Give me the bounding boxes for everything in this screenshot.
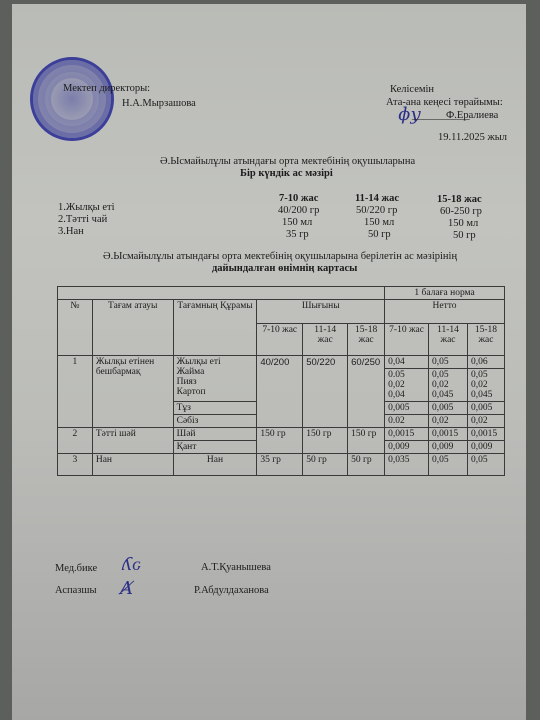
header-blank (58, 287, 385, 300)
row-usage: 60/250 (348, 356, 385, 428)
menu-item-name: 1.Жылқы еті (58, 202, 115, 213)
row-ingredient: Тұз (173, 402, 257, 415)
row-dish: Тәтті шәй (92, 428, 173, 454)
netto-cell: 0,009 (385, 441, 429, 454)
row-no: 1 (58, 356, 93, 428)
netto-cell: 0,06 (467, 356, 504, 369)
header-norm: 1 балаға норма (385, 287, 505, 300)
netto-cell: 0,009 (429, 441, 468, 454)
header-netto-age: 11-14 жас (429, 324, 468, 356)
signature-name: А.Т.Қуанышева (201, 562, 271, 573)
menu-title-line2: Бір күндік ас мәзірі (240, 168, 333, 179)
row-usage: 35 гр (257, 454, 303, 476)
menu-item-value: 150 мл (448, 218, 478, 229)
signature-name: Р.Абдулдаханова (194, 585, 269, 596)
menu-item-value: 150 мл (282, 217, 312, 228)
director-name: Н.А.Мырзашова (122, 98, 196, 109)
row-ingredients: Жылқы еті Жайма Пияз Картоп (173, 356, 257, 402)
menu-item-value: 35 гр (286, 229, 309, 240)
agree-label: Келісемін (390, 84, 434, 95)
signature-cook: Ⱥ (120, 578, 133, 599)
netto-cell: 0,0015 (467, 428, 504, 441)
netto-cell: 0,005 (429, 402, 468, 415)
row-no: 3 (58, 454, 93, 476)
header-usage-age: 11-14 жас (303, 324, 348, 356)
agree-name: Ф.Ералиева (446, 110, 498, 121)
row-ingredient: Нан (173, 454, 257, 476)
header-netto-age: 7-10 жас (385, 324, 429, 356)
row-usage: 50 гр (348, 454, 385, 476)
card-title-line2: дайындалған өнімнің картасы (212, 263, 357, 274)
menu-item-name: 2.Тәтті чай (58, 214, 107, 225)
official-stamp (30, 57, 114, 141)
menu-age-header: 7-10 жас (279, 193, 318, 204)
netto-cell: 0,009 (467, 441, 504, 454)
row-ingredient: Шәй (173, 428, 257, 441)
menu-age-header: 15-18 жас (437, 194, 482, 205)
header-dish: Тағам атауы (92, 300, 173, 356)
menu-item-value: 60-250 гр (440, 206, 482, 217)
row-dish: Жылқы етінен бешбармақ (92, 356, 173, 428)
netto-cell: 0,05 0,02 0,045 (429, 369, 468, 402)
menu-age-header: 11-14 жас (355, 193, 399, 204)
row-ingredient: Қант (173, 441, 257, 454)
menu-item-value: 50/220 гр (356, 205, 397, 216)
netto-cell: 0,05 0,02 0,045 (467, 369, 504, 402)
header-netto-age: 15-18 жас (467, 324, 504, 356)
table-row: 2 Тәтті шәй Шәй 150 гр 150 гр 150 гр 0,0… (58, 428, 505, 441)
signature-role: Аспазшы (55, 585, 97, 596)
date: 19.11.2025 жыл (438, 132, 507, 143)
netto-cell: 0,05 (429, 356, 468, 369)
card-title-line1: Ә.Ысмайылұлы атындағы орта мектебінің оқ… (103, 251, 457, 262)
netto-cell: 0,005 (467, 402, 504, 415)
row-usage: 150 гр (257, 428, 303, 454)
table-header-row: 1 балаға норма (58, 287, 505, 300)
header-netto: Нетто (385, 300, 505, 324)
row-dish: Нан (92, 454, 173, 476)
menu-item-value: 50 гр (368, 229, 391, 240)
menu-item-value: 50 гр (453, 230, 476, 241)
header-usage: Шығыны (257, 300, 385, 324)
header-usage-age: 7-10 жас (257, 324, 303, 356)
row-ingredient: Сәбіз (173, 415, 257, 428)
row-no: 2 (58, 428, 93, 454)
netto-cell: 0,0015 (385, 428, 429, 441)
netto-cell: 0.05 0,02 0,04 (385, 369, 429, 402)
netto-cell: 0,05 (467, 454, 504, 476)
table-row: 1 Жылқы етінен бешбармақ Жылқы еті Жайма… (58, 356, 505, 369)
signature-role: Мед.бике (55, 563, 97, 574)
row-usage: 50/220 (303, 356, 348, 428)
signature-nurse: ʎԍ (122, 554, 141, 575)
row-usage: 40/200 (257, 356, 303, 428)
header-usage-age: 15-18 жас (348, 324, 385, 356)
header-no: № (58, 300, 93, 356)
netto-cell: 0,005 (385, 402, 429, 415)
header-composition: Тағамның Құрамы (173, 300, 257, 356)
table-header-row: № Тағам атауы Тағамның Құрамы Шығыны Нет… (58, 300, 505, 324)
netto-cell: 0.02 (385, 415, 429, 428)
row-usage: 150 гр (348, 428, 385, 454)
netto-cell: 0,035 (385, 454, 429, 476)
menu-item-value: 40/200 гр (278, 205, 319, 216)
row-usage: 50 гр (303, 454, 348, 476)
product-card-table: 1 балаға норма № Тағам атауы Тағамның Құ… (57, 286, 505, 476)
row-usage: 150 гр (303, 428, 348, 454)
menu-title-line1: Ә.Ысмайылұлы атындағы орта мектебінің оқ… (160, 156, 415, 167)
netto-cell: 0,02 (467, 415, 504, 428)
netto-cell: 0,04 (385, 356, 429, 369)
netto-cell: 0,0015 (429, 428, 468, 441)
netto-cell: 0,02 (429, 415, 468, 428)
menu-item-name: 3.Нан (58, 226, 84, 237)
menu-item-value: 150 мл (364, 217, 394, 228)
netto-cell: 0,05 (429, 454, 468, 476)
table-row: 3 Нан Нан 35 гр 50 гр 50 гр 0,035 0,05 0… (58, 454, 505, 476)
approve-role: Мектеп директоры: (63, 83, 150, 94)
